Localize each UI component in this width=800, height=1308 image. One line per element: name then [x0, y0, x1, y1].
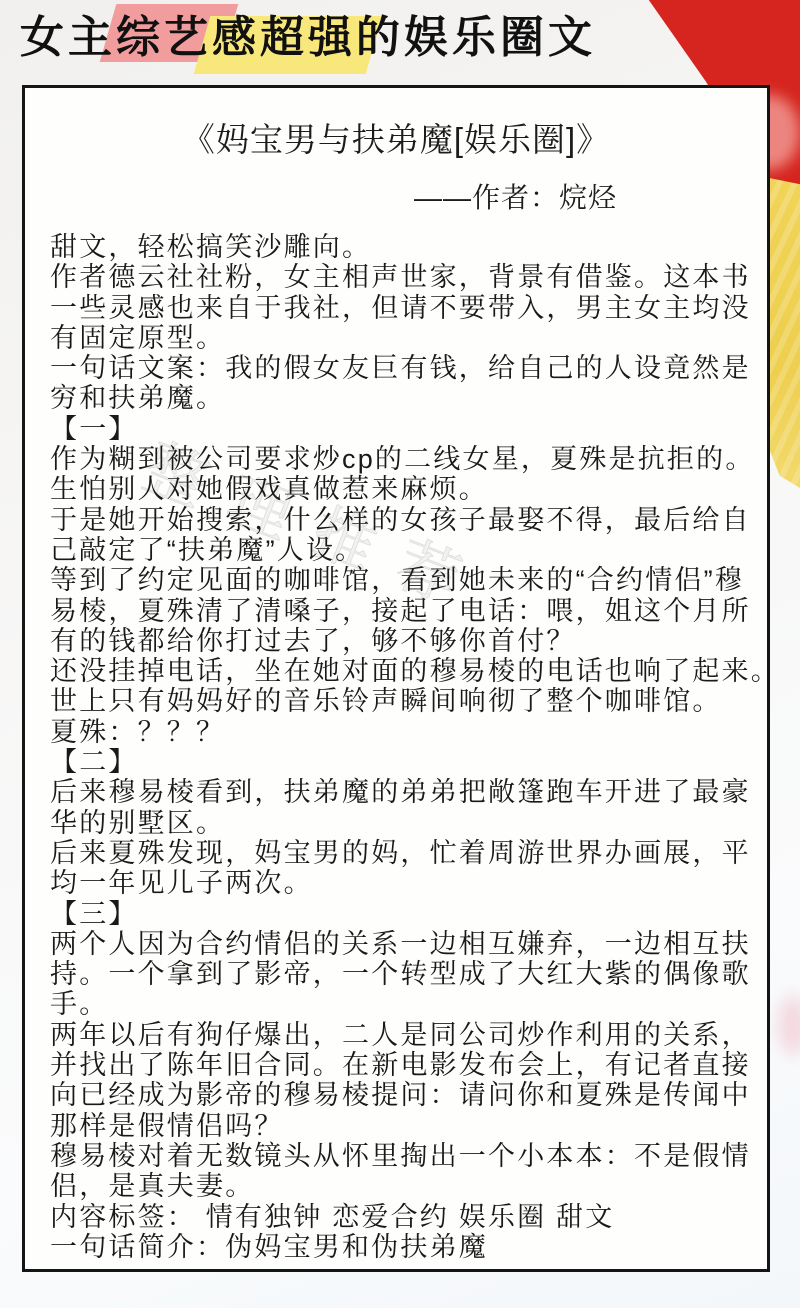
story-line: 等到了约定见面的咖啡馆，看到她未来的“合约情侣”穆 — [50, 565, 757, 595]
story-line: 向已经成为影帝的穆易棱提问：请问你和夏殊是传闻中 — [50, 1080, 757, 1110]
story-line: 【一】 — [50, 414, 757, 444]
story-line: 内容标签： 情有独钟 恋爱合约 娱乐圈 甜文 — [50, 1202, 757, 1232]
story-line: 甜文，轻松搞笑沙雕向。 — [50, 232, 757, 262]
story-line: 有固定原型。 — [50, 323, 757, 353]
story-line: 华的别墅区。 — [50, 808, 757, 838]
story-line: 两个人因为合约情侣的关系一边相互嫌弃，一边相互扶 — [50, 929, 757, 959]
story-line: 后来穆易棱看到，扶弟魔的弟弟把敞篷跑车开进了最豪 — [50, 777, 757, 807]
title-text-yellow: 感超强 — [212, 13, 356, 62]
book-title: 《妈宝男与扶弟魔[娱乐圈]》 — [25, 114, 767, 161]
pink-wash-decoration — [778, 995, 800, 1055]
story-line: 侣，是真夫妻。 — [50, 1171, 757, 1201]
story-line: 作者德云社社粉，女主相声世家，背景有借鉴。这本书 — [50, 262, 757, 292]
story-line: 有的钱都给你打过去了，够不够你首付？ — [50, 626, 757, 656]
story-line: 两年以后有狗仔爆出，二人是同公司炒作利用的关系， — [50, 1020, 757, 1050]
story-line: 于是她开始搜索，什么样的女孩子最娶不得，最后给自 — [50, 505, 757, 535]
story-line: 作为糊到被公司要求炒cp的二线女星，夏殊是抗拒的。 — [50, 444, 757, 474]
story-card: 整理推荐 《妈宝男与扶弟魔[娱乐圈]》 ——作者：烷烃 甜文，轻松搞笑沙雕向。作… — [22, 85, 770, 1272]
page-background: { "page": { "title": { "prefix": "女主", "… — [0, 0, 800, 1308]
story-line: 生怕别人对她假戏真做惹来麻烦。 — [50, 474, 757, 504]
story-line: 均一年见儿子两次。 — [50, 868, 757, 898]
story-line: 还没挂掉电话，坐在她对面的穆易棱的电话也响了起来。 — [50, 656, 757, 686]
title-text-suffix: 的娱乐圈文 — [356, 13, 596, 62]
story-line: 【二】 — [50, 747, 757, 777]
story-line: 手。 — [50, 989, 757, 1019]
story-line: 后来夏殊发现，妈宝男的妈，忙着周游世界办画展，平 — [50, 838, 757, 868]
story-line: 穆易棱对着无数镜头从怀里掏出一个小本本：不是假情 — [50, 1141, 757, 1171]
title-text-pink: 综艺 — [116, 13, 212, 62]
story-line: 那样是假情侣吗？ — [50, 1111, 757, 1141]
story-body: 甜文，轻松搞笑沙雕向。作者德云社社粉，女主相声世家，背景有借鉴。这本书一些灵感也… — [50, 232, 757, 1262]
story-line: 持。一个拿到了影帝，一个转型成了大红大紫的偶像歌 — [50, 959, 757, 989]
story-line: 己敲定了“扶弟魔”人设。 — [50, 535, 757, 565]
story-line: 易棱，夏殊清了清嗓子，接起了电话：喂，姐这个月所 — [50, 596, 757, 626]
page-title: 女主综艺感超强的娱乐圈文 — [20, 6, 596, 70]
story-line: 穷和扶弟魔。 — [50, 383, 757, 413]
title-text-prefix: 女主 — [20, 13, 116, 62]
story-line: 世上只有妈妈好的音乐铃声瞬间响彻了整个咖啡馆。 — [50, 686, 757, 716]
story-line: 一句话文案：我的假女友巨有钱，给自己的人设竟然是 — [50, 353, 757, 383]
story-line: 一些灵感也来自于我社，但请不要带入，男主女主均没 — [50, 293, 757, 323]
story-line: 一句话简介：伪妈宝男和伪扶弟魔 — [50, 1232, 757, 1262]
author-line: ——作者：烷烃 — [25, 176, 617, 216]
story-line: 【三】 — [50, 899, 757, 929]
story-line: 夏殊：？？？ — [50, 717, 757, 747]
story-line: 并找出了陈年旧合同。在新电影发布会上，有记者直接 — [50, 1050, 757, 1080]
